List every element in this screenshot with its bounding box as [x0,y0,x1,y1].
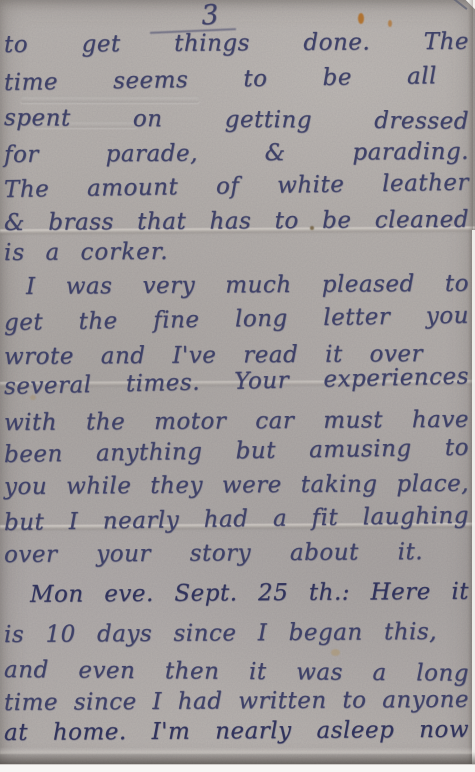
letter-line: I was very much pleased to [4,269,469,302]
rust-stain [388,20,392,27]
letter-line: & brass that has to be cleaned [4,205,469,238]
letter-line: at home. I'm nearly asleep now [4,715,469,748]
letter-line: over your story about it. [4,537,423,570]
letter-line: is 10 days since I began this, [4,617,437,650]
letter-line: spent on getting dressed [4,103,469,137]
letter-line: for parade, & parading. [4,137,469,170]
letter-line: you while they were taking place, [4,469,469,502]
paper-stain [331,649,340,656]
letter-line: and even then it was a long [4,655,469,689]
scan-edge-white-bottom [0,764,475,772]
paper-stain [30,395,36,400]
ink-speck [310,226,314,230]
letter-line: to get things done. The [4,27,469,60]
letter-line-date-heading: Mon eve. Sept. 25 th.: Here it [4,577,469,610]
letter-line: is a corker. [4,237,169,268]
rust-stain [358,13,364,24]
letter-scan: 3 to get things done. The time seems to … [0,0,475,772]
letter-line: time since I had written to anyone [4,685,469,718]
